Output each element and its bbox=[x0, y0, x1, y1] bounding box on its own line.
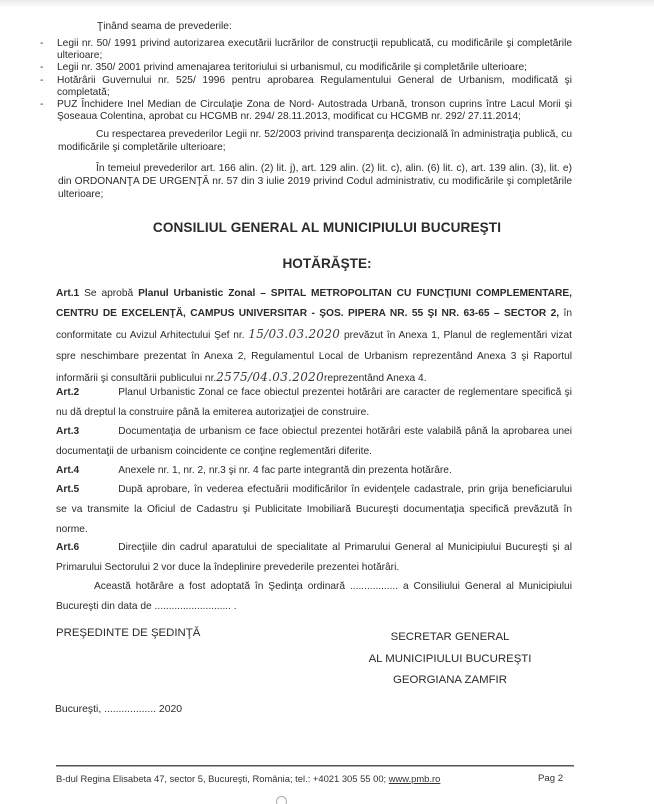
article-label: Art.6 bbox=[56, 538, 79, 558]
provision-item: -Legii nr. 350/ 2001 privind amenajarea … bbox=[40, 62, 572, 74]
bullet-dash: - bbox=[40, 99, 43, 111]
legal-basis-paragraph: În temeiul prevederilor art. 166 alin. (… bbox=[58, 162, 572, 201]
provision-item: -PUZ Închidere Inel Median de Circulaţie… bbox=[40, 99, 572, 123]
secretary-signature-block: SECRETAR GENERAL AL MUNICIPIULUI BUCUREŞ… bbox=[355, 627, 545, 692]
page-number: Pag 2 bbox=[538, 773, 563, 784]
intro-line: Ţinând seama de prevederile: bbox=[97, 21, 232, 32]
provision-item: -Hotărârii Guvernului nr. 525/ 1996 pent… bbox=[40, 75, 572, 99]
provision-item: -Legii nr. 50/ 1991 privind autorizarea … bbox=[40, 38, 572, 62]
article-label: Art.5 bbox=[56, 480, 79, 500]
bullet-dash: - bbox=[40, 75, 43, 87]
bullet-dash: - bbox=[40, 38, 43, 50]
article-3: Art.3Documentaţia de urbanism ce face ob… bbox=[56, 422, 572, 462]
handwritten-report-number: 2575/04.03.2020 bbox=[216, 370, 324, 384]
article-4: Art.4Anexele nr. 1, nr. 2, nr.3 şi nr. 4… bbox=[56, 461, 572, 481]
place-and-date: Bucureşti, .................. 2020 bbox=[55, 704, 182, 715]
footer-divider-shadow bbox=[56, 766, 574, 767]
adoption-paragraph: Această hotărâre a fost adoptată în Şedi… bbox=[56, 577, 572, 617]
secretary-title: SECRETAR GENERAL bbox=[355, 627, 545, 649]
provisions-list: -Legii nr. 50/ 1991 privind autorizarea … bbox=[40, 38, 572, 123]
article-label: Art.3 bbox=[56, 422, 79, 442]
decides-heading: HOTĂRĂŞTE: bbox=[0, 256, 654, 271]
president-signature-label: PREŞEDINTE DE ŞEDINŢĂ bbox=[56, 627, 200, 639]
article-1: Art.1 Se aprobă Planul Urbanistic Zonal … bbox=[56, 284, 572, 389]
footer-address: B-dul Regina Elisabeta 47, sector 5, Buc… bbox=[56, 773, 440, 784]
bullet-dash: - bbox=[40, 62, 43, 74]
document-page: Ţinând seama de prevederile: -Legii nr. … bbox=[0, 0, 654, 804]
article-5: Art.5După aprobare, în vederea efectuări… bbox=[56, 480, 572, 541]
article-label: Art.4 bbox=[56, 461, 79, 481]
article-2: Art.2Planul Urbanistic Zonal ce face obi… bbox=[56, 383, 572, 423]
transparency-paragraph: Cu respectarea prevederilor Legii nr. 52… bbox=[58, 128, 572, 154]
article-6: Art.6Direcţiile din cadrul aparatului de… bbox=[56, 538, 572, 578]
secretary-organization: AL MUNICIPIULUI BUCUREŞTI bbox=[355, 649, 545, 671]
scroll-indicator-icon bbox=[276, 796, 287, 804]
secretary-name: GEORGIANA ZAMFIR bbox=[355, 670, 545, 692]
council-title: CONSILIUL GENERAL AL MUNICIPIULUI BUCURE… bbox=[0, 220, 654, 235]
website-link[interactable]: www.pmb.ro bbox=[389, 773, 441, 784]
article-label: Art.1 bbox=[56, 288, 79, 299]
handwritten-approval-number: 15/03.03.2020 bbox=[248, 327, 340, 341]
article-label: Art.2 bbox=[56, 383, 79, 403]
